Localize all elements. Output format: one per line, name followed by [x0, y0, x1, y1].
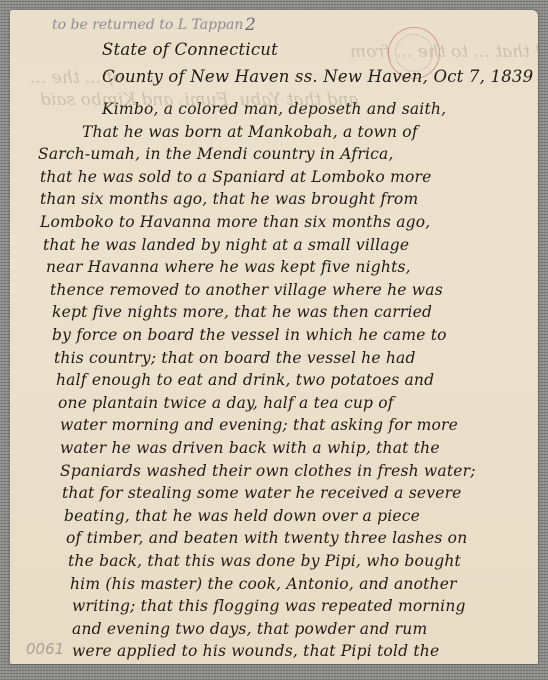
- text-line: Kimbo, a colored man, deposeth and saith…: [102, 100, 446, 118]
- text-line: this country; that on board the vessel h…: [54, 349, 416, 367]
- text-line: by force on board the vessel in which he…: [52, 326, 447, 344]
- heading-state: State of Connecticut: [102, 40, 278, 59]
- text-line: one plantain twice a day, half a tea cup…: [58, 394, 394, 412]
- text-line: Lomboko to Havanna more than six months …: [40, 213, 430, 231]
- text-line: of timber, and beaten with twenty three …: [66, 529, 467, 547]
- text-line: kept five nights more, that he was then …: [52, 303, 432, 321]
- text-line: That he was born at Mankobah, a town of: [82, 123, 418, 141]
- text-line: that he was landed by night at a small v…: [43, 236, 409, 254]
- text-line: Sarch-umah, in the Mendi country in Afri…: [38, 145, 394, 163]
- pencil-annotation: to be returned to L Tappan: [52, 17, 243, 33]
- text-line: water morning and evening; that asking f…: [60, 416, 458, 434]
- manuscript-page: and that ... to the ... from ; ... of ..…: [10, 10, 538, 664]
- text-line: writing; that this flogging was repeated…: [72, 597, 466, 615]
- text-line: that for stealing some water he received…: [62, 484, 462, 502]
- text-line: him (his master) the cook, Antonio, and …: [70, 575, 457, 593]
- bleed-through-text: and that ... to the ... from: [350, 42, 538, 62]
- archive-number: 0061: [26, 640, 64, 658]
- text-line: water he was driven back with a whip, th…: [60, 439, 440, 457]
- text-line: beating, that he was held down over a pi…: [64, 507, 420, 525]
- text-line: were applied to his wounds, that Pipi to…: [72, 642, 439, 660]
- text-line: Spaniards washed their own clothes in fr…: [60, 462, 476, 480]
- text-line: thence removed to another village where …: [50, 281, 443, 299]
- pencil-page-number: 2: [245, 15, 256, 35]
- text-line: the back, that this was done by Pipi, wh…: [68, 552, 461, 570]
- text-line: than six months ago, that he was brought…: [40, 190, 418, 208]
- text-line: that he was sold to a Spaniard at Lombok…: [40, 168, 432, 186]
- heading-county-date: County of New Haven ss. New Haven, Oct 7…: [102, 67, 533, 86]
- text-line: near Havanna where he was kept five nigh…: [46, 258, 411, 276]
- text-line: half enough to eat and drink, two potato…: [56, 371, 434, 389]
- text-line: and evening two days, that powder and ru…: [72, 620, 427, 638]
